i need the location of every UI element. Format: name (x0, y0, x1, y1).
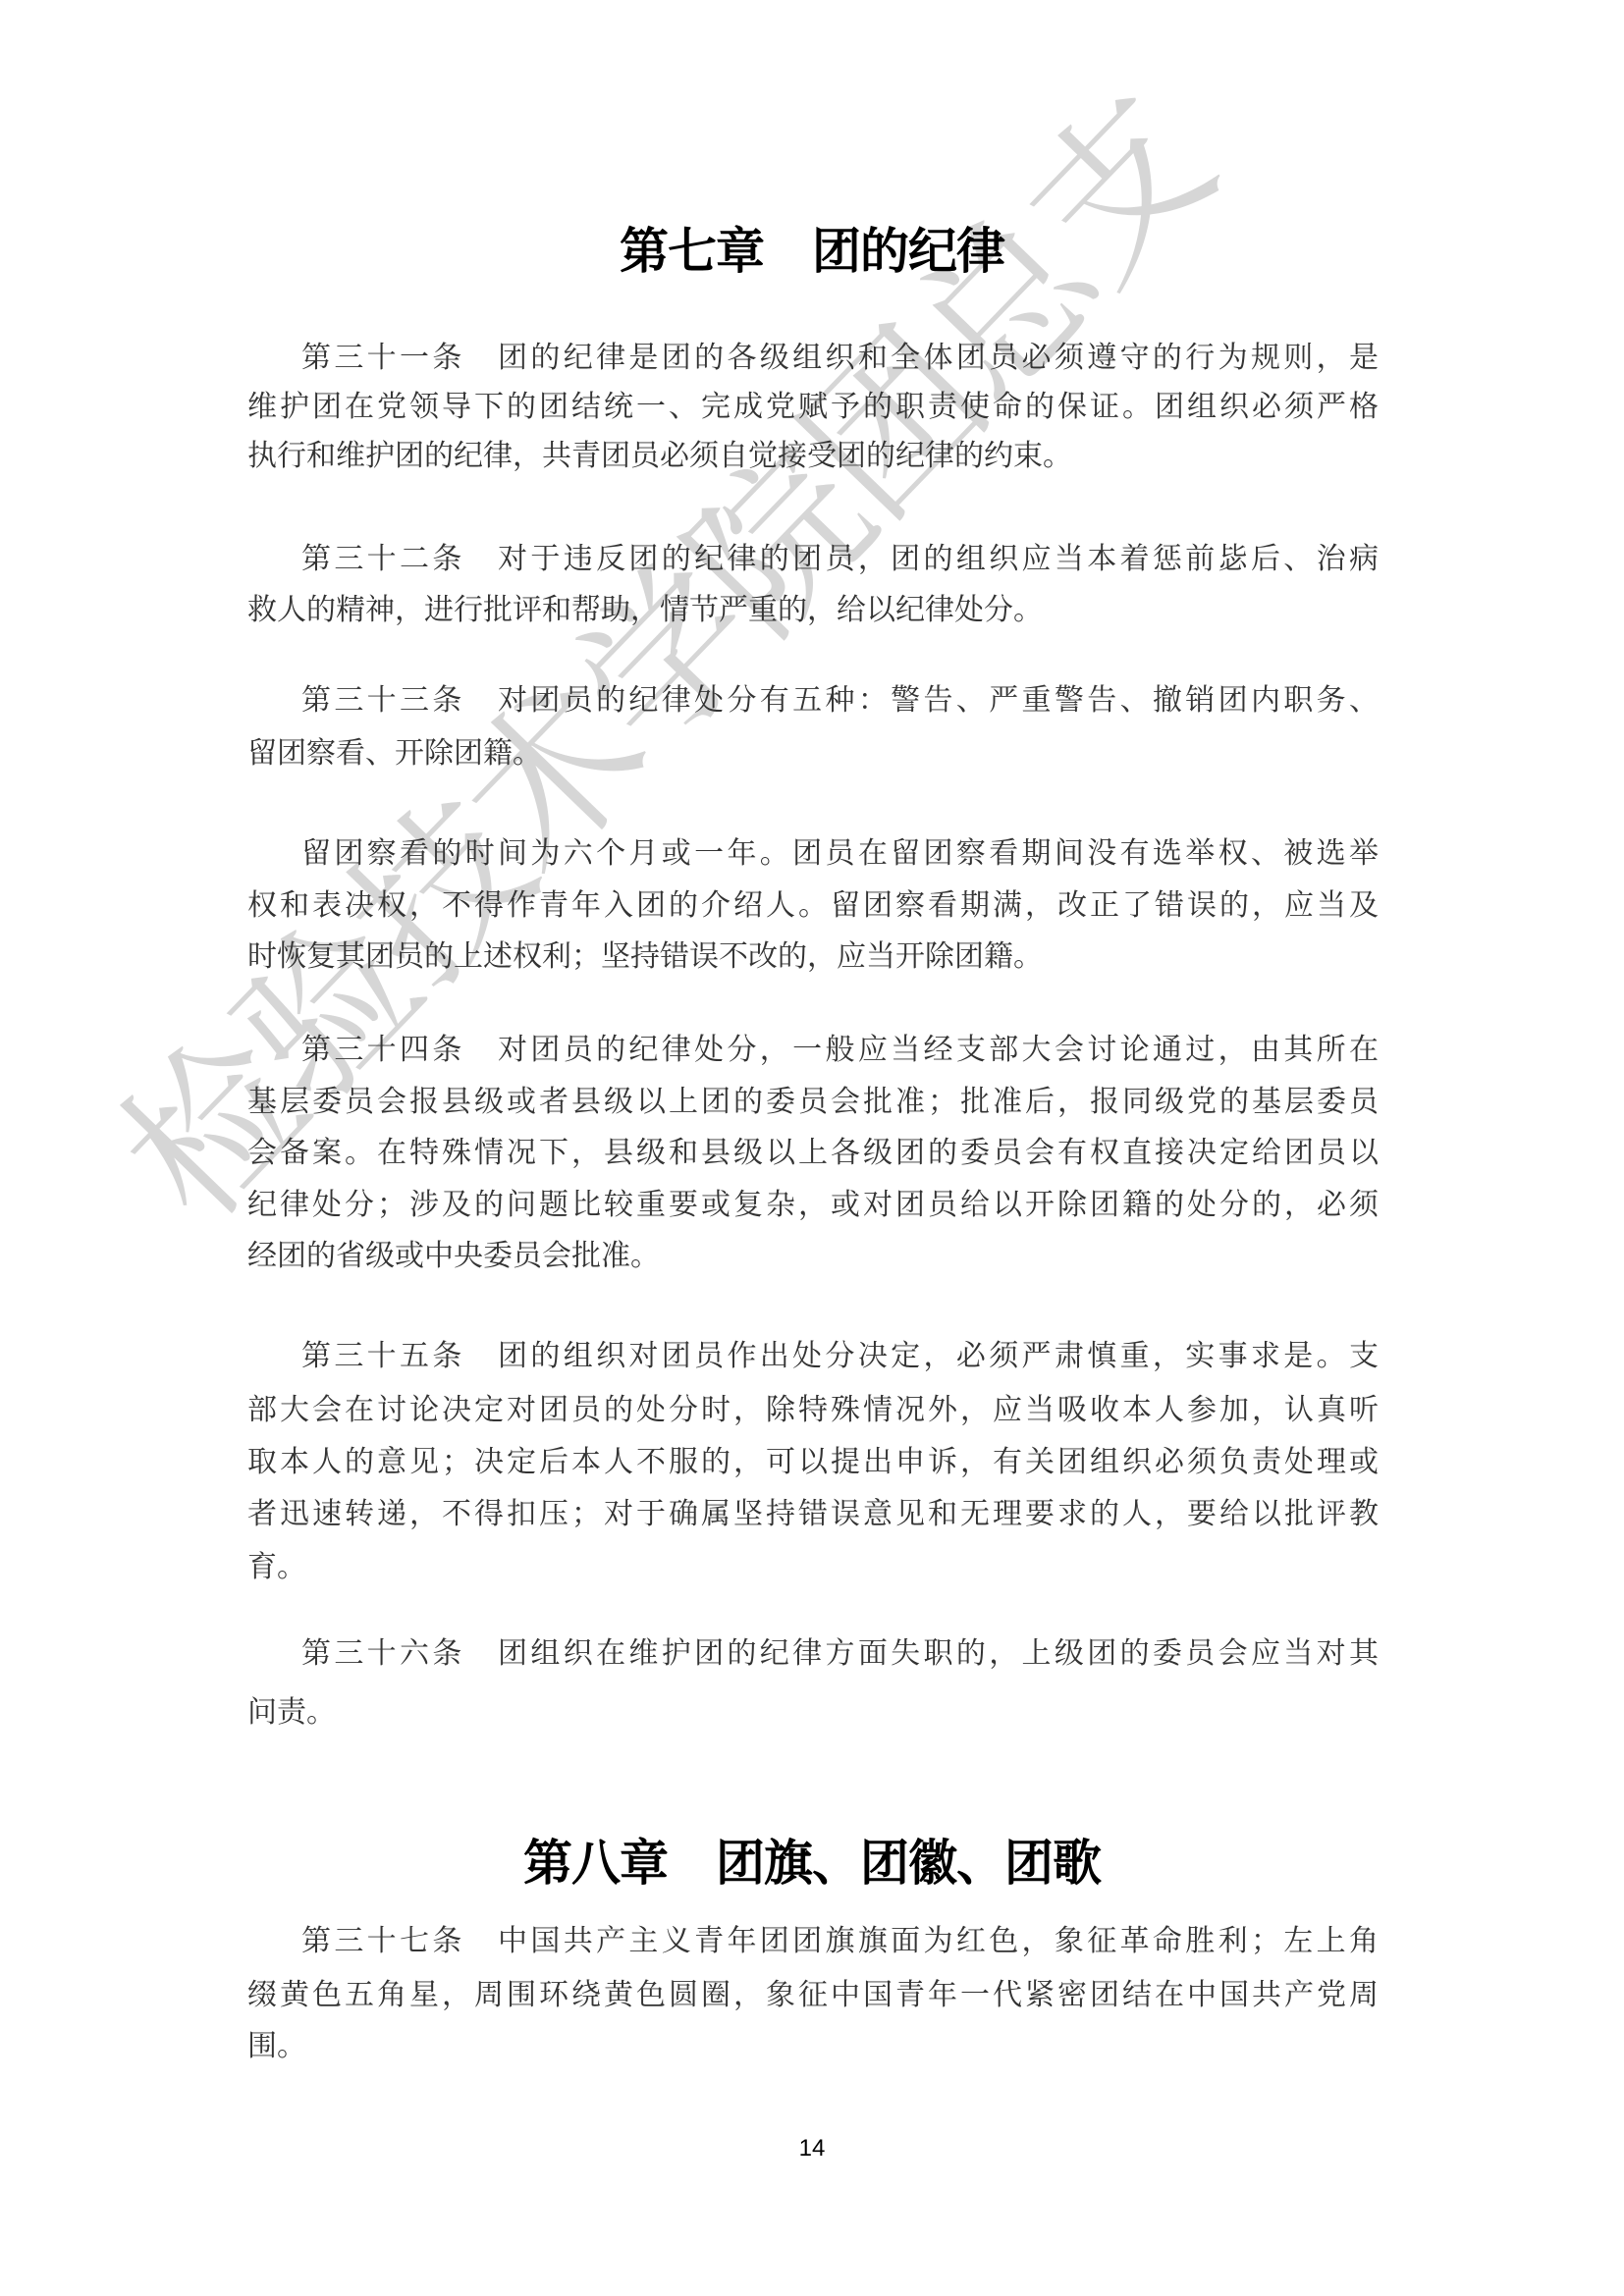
text-line: 执行和维护团的纪律，共青团员必须自觉接受团的纪律的约束。 (247, 439, 1379, 474)
chapter-title-8: 第八章 团旗、团徽、团歌 (0, 1834, 1624, 1893)
text-line: 经团的省级或中央委员会批准。 (247, 1239, 1379, 1274)
text-line: 基层委员会报县级或者县级以上团的委员会批准；批准后，报同级党的基层委员 (247, 1085, 1379, 1120)
text-line: 第三十一条 团的纪律是团的各级组织和全体团员必须遵守的行为规则，是 (301, 341, 1379, 376)
text-line: 留团察看、开除团籍。 (247, 736, 1379, 772)
text-line: 取本人的意见；决定后本人不服的，可以提出申诉，有关团组织必须负责处理或 (247, 1445, 1379, 1480)
document-page: 检验技术学院团总支 第七章 团的纪律 第三十一条 团的纪律是团的各级组织和全体团… (0, 0, 1624, 2296)
text-line: 时恢复其团员的上述权利；坚持错误不改的，应当开除团籍。 (247, 939, 1379, 975)
text-line: 第三十五条 团的组织对团员作出处分决定，必须严肃慎重，实事求是。支 (301, 1339, 1379, 1374)
text-line: 部大会在讨论决定对团员的处分时，除特殊情况外，应当吸收本人参加，认真听 (247, 1393, 1379, 1428)
text-line: 纪律处分；涉及的问题比较重要或复杂，或对团员给以开除团籍的处分的，必须 (247, 1188, 1379, 1223)
text-line: 第三十六条 团组织在维护团的纪律方面失职的，上级团的委员会应当对其 (301, 1636, 1379, 1672)
page-number: 14 (0, 2134, 1624, 2163)
text-line: 问责。 (247, 1695, 1379, 1731)
text-line: 者迅速转递，不得扣压；对于确属坚持错误意见和无理要求的人，要给以批评教 (247, 1497, 1379, 1532)
text-line: 会备案。在特殊情况下，县级和县级以上各级团的委员会有权直接决定给团员以 (247, 1136, 1379, 1171)
text-line: 维护团在党领导下的团结统一、完成党赋予的职责使命的保证。团组织必须严格 (247, 390, 1379, 425)
text-line: 育。 (247, 1550, 1379, 1585)
text-line: 围。 (247, 2029, 1379, 2064)
text-line: 留团察看的时间为六个月或一年。团员在留团察看期间没有选举权、被选举 (301, 836, 1379, 872)
text-line: 权和表决权，不得作青年入团的介绍人。留团察看期满，改正了错误的，应当及 (247, 888, 1379, 924)
text-line: 第三十四条 对团员的纪律处分，一般应当经支部大会讨论通过，由其所在 (301, 1033, 1379, 1068)
text-line: 缀黄色五角星，周围环绕黄色圆圈，象征中国青年一代紧密团结在中国共产党周 (247, 1978, 1379, 2013)
text-line: 第三十二条 对于违反团的纪律的团员，团的组织应当本着惩前毖后、治病 (301, 542, 1379, 577)
chapter-title-7: 第七章 团的纪律 (0, 222, 1624, 281)
text-line: 救人的精神，进行批评和帮助，情节严重的，给以纪律处分。 (247, 593, 1379, 628)
text-line: 第三十三条 对团员的纪律处分有五种：警告、严重警告、撤销团内职务、 (301, 683, 1379, 719)
text-line: 第三十七条 中国共产主义青年团团旗旗面为红色，象征革命胜利；左上角 (301, 1924, 1379, 1959)
